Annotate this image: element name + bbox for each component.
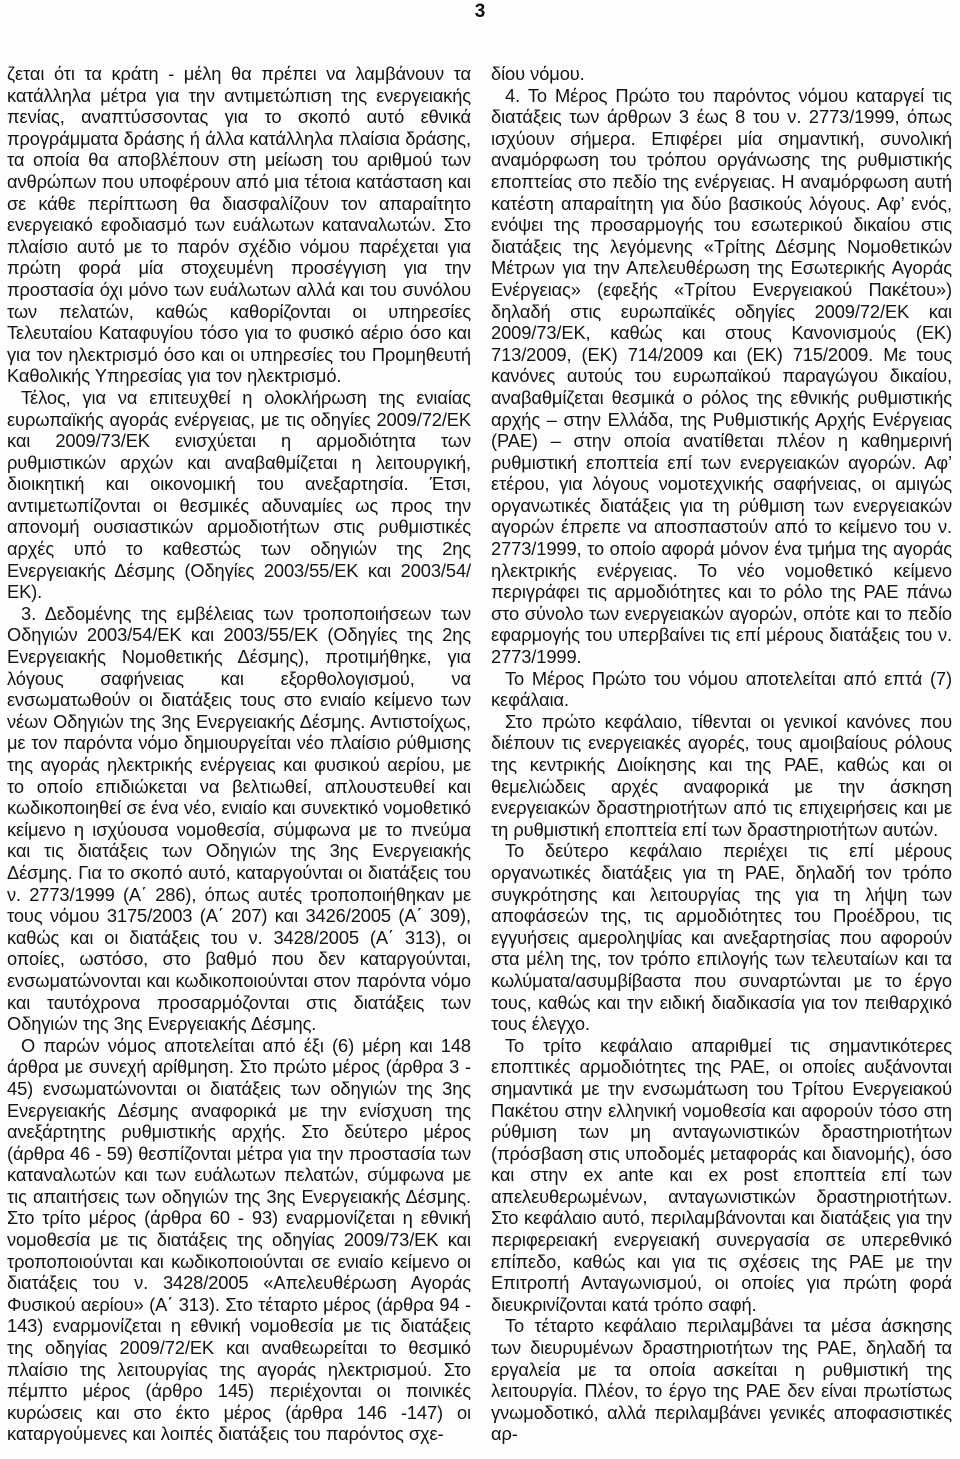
paragraph: δίου νόμου. (491, 63, 952, 85)
left-column: ζεται ότι τα κράτη - μέλη θα πρέπει να λ… (7, 63, 471, 1445)
page-number: 3 (0, 1, 960, 23)
paragraph: 4. Το Μέρος Πρώτο του παρόντος νόμου κατ… (491, 85, 952, 668)
paragraph: Τέλος, για να επιτευχθεί η ολοκλήρωση τη… (7, 387, 471, 603)
paragraph: ζεται ότι τα κράτη - μέλη θα πρέπει να λ… (7, 63, 471, 387)
paragraph: Το τρίτο κεφάλαιο απαριθμεί τις σημαντικ… (491, 1035, 952, 1316)
paragraph: Ο παρών νόμος αποτελείται από έξι (6) μέ… (7, 1035, 471, 1445)
paragraph: Το δεύτερο κεφάλαιο περιέχει τις επί μέρ… (491, 840, 952, 1034)
paragraph: Το τέταρτο κεφάλαιο περιλαμβάνει τα μέσα… (491, 1315, 952, 1445)
paragraph: Στο πρώτο κεφάλαιο, τίθενται οι γενικοί … (491, 711, 952, 841)
document-page: 3 ζεται ότι τα κράτη - μέλη θα πρέπει να… (0, 0, 960, 1459)
paragraph: 3. Δεδομένης της εμβέλειας των τροποποιή… (7, 603, 471, 1035)
right-column: δίου νόμου.4. Το Μέρος Πρώτο του παρόντο… (491, 63, 952, 1445)
paragraph: Το Μέρος Πρώτο του νόμου αποτελείται από… (491, 668, 952, 711)
